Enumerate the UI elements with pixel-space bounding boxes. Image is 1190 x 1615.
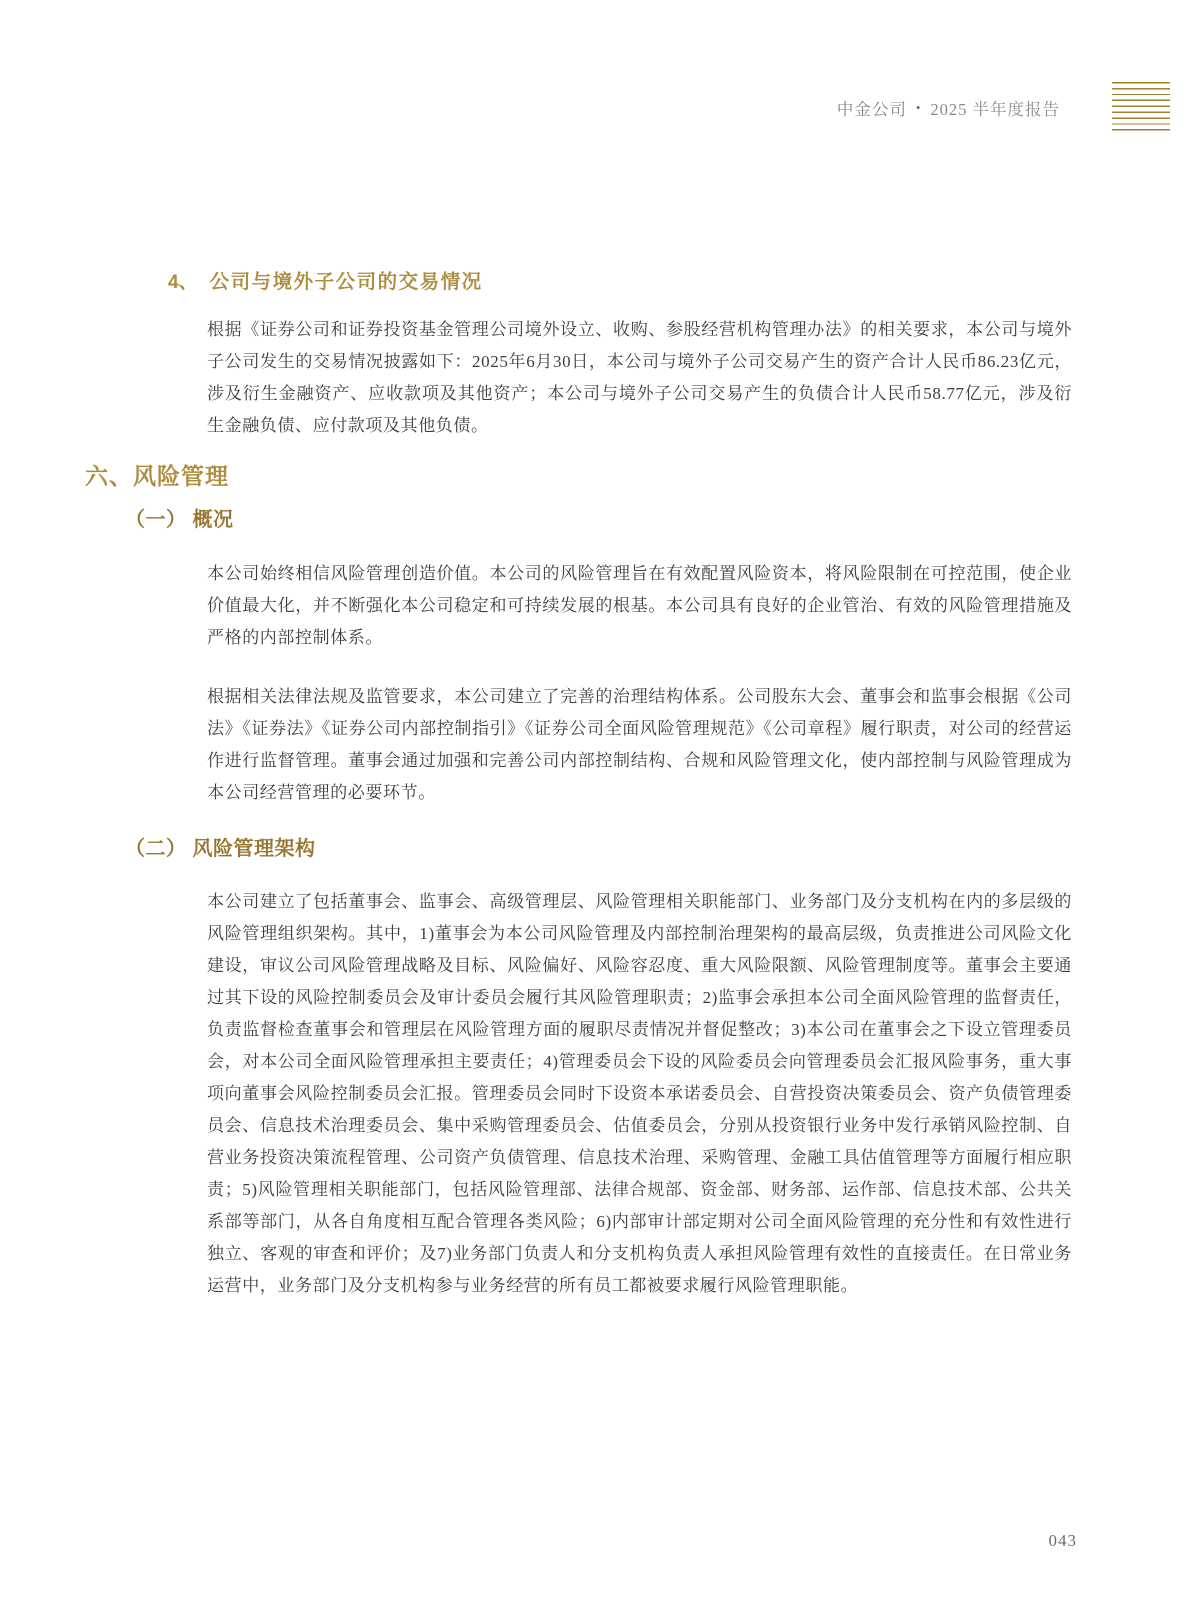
overview-label: 概况 bbox=[193, 509, 234, 531]
report-title: 2025 半年度报告 bbox=[930, 96, 1060, 120]
page-header: 中金公司 • 2025 半年度报告 bbox=[837, 82, 1170, 134]
overview-paragraph-2: 根据相关法律法规及监管要求，本公司建立了完善的治理结构体系。公司股东大会、董事会… bbox=[207, 681, 1072, 809]
page-number: 043 bbox=[1049, 1531, 1078, 1551]
overview-marker: （一） bbox=[125, 509, 187, 531]
overview-paragraph-1: 本公司始终相信风险管理创造价值。本公司的风险管理旨在有效配置风险资本，将风险限制… bbox=[207, 558, 1072, 654]
header-title: 中金公司 • 2025 半年度报告 bbox=[837, 96, 1060, 120]
framework-label: 风险管理架构 bbox=[193, 838, 316, 860]
framework-marker: （二） bbox=[125, 838, 187, 860]
overview-subheading: （一）概况 bbox=[125, 503, 234, 532]
report-page: 中金公司 • 2025 半年度报告 4、 公司与境外子公司的交易情况 根据《证券… bbox=[0, 0, 1190, 1615]
framework-paragraph: 本公司建立了包括董事会、监事会、高级管理层、风险管理相关职能部门、业务部门及分支… bbox=[207, 886, 1072, 1302]
section4-number: 4、 bbox=[168, 267, 198, 294]
section4-paragraph: 根据《证券公司和证券投资基金管理公司境外设立、收购、参股经营机构管理办法》的相关… bbox=[207, 314, 1072, 442]
section4-heading: 4、 公司与境外子公司的交易情况 bbox=[168, 266, 483, 294]
bullet-separator-icon: • bbox=[916, 100, 922, 116]
risk-management-heading: 六、风险管理 bbox=[85, 458, 229, 491]
gold-stripes-logo-icon bbox=[1112, 82, 1170, 134]
section4-title: 公司与境外子公司的交易情况 bbox=[210, 266, 483, 294]
company-name: 中金公司 bbox=[837, 96, 907, 120]
framework-subheading: （二）风险管理架构 bbox=[125, 832, 316, 861]
